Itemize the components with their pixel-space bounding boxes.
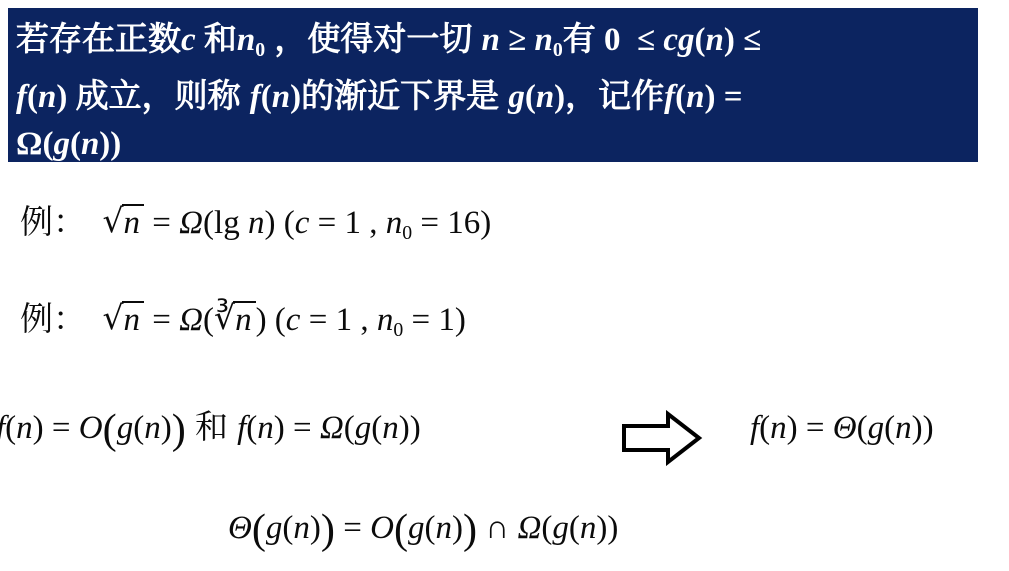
formula-segment: n — [257, 410, 274, 446]
formula-segment: Θ — [228, 510, 252, 546]
formula-segment: n — [377, 302, 394, 338]
formula-segment: Ω — [517, 510, 541, 546]
formula-segment: ( — [252, 506, 266, 553]
formula-segment: n — [38, 79, 56, 115]
formula-segment: ( — [425, 510, 436, 546]
formula-segment: )) — [99, 126, 121, 162]
formula-segment: n — [272, 79, 290, 115]
example-2-formula: 例： √n = Ω(∛n) (c = 1 , n0 = 1) — [20, 298, 466, 343]
formula-segment: ( — [203, 302, 214, 338]
formula-segment: ) — [452, 510, 463, 546]
formula-segment: 0 ≤ — [596, 22, 664, 58]
formula-segment: n — [81, 126, 99, 162]
formula-segment: n — [706, 22, 724, 58]
formula-segment: ( — [759, 410, 770, 446]
formula-segment: ) — [310, 510, 321, 546]
formula-segment: c — [295, 205, 310, 241]
formula-segment: n — [770, 410, 787, 446]
formula-segment: )) — [399, 410, 421, 446]
formula-segment: ) ( — [256, 302, 286, 338]
formula-segment: ) ≤ — [724, 22, 761, 58]
formula-segment: ) — [172, 406, 186, 453]
implies-right-block-arrow-icon — [621, 410, 703, 466]
definition-header-box: 若存在正数c 和n0 ，使得对一切 n ≥ n0有 0 ≤ cg(n) ≤ f(… — [8, 8, 978, 162]
formula-segment: n — [144, 410, 161, 446]
formula-segment: ) — [161, 410, 172, 446]
formula-segment: ( — [344, 410, 355, 446]
formula-segment: 和 — [204, 20, 237, 57]
formula-segment: f — [664, 79, 675, 115]
implication-right-formula: f(n) = Θ(g(n)) — [750, 406, 934, 449]
formula-segment: ) = — [787, 410, 833, 446]
formula-segment: g — [868, 410, 885, 446]
formula-segment: ( — [103, 406, 117, 453]
formula-segment: ( — [133, 410, 144, 446]
formula-segment: 若存在正数 — [16, 20, 181, 57]
formula-segment: ∛ — [214, 298, 235, 337]
formula-segment: ( — [695, 22, 706, 58]
formula-segment: ( — [27, 79, 38, 115]
formula-segment: n — [16, 410, 33, 446]
formula-segment: ≥ — [500, 22, 535, 58]
formula-segment: n — [534, 22, 552, 58]
formula-segment: ( — [857, 410, 868, 446]
formula-segment: 有 — [563, 20, 596, 57]
formula-segment: f — [250, 79, 261, 115]
formula-segment: c — [181, 22, 196, 58]
formula-segment: Ω — [320, 410, 344, 446]
formula-segment: n — [248, 205, 265, 241]
formula-segment: Ω — [179, 302, 203, 338]
formula-segment: ( — [525, 79, 536, 115]
formula-segment: ( — [261, 79, 272, 115]
formula-segment: ) — [56, 79, 75, 115]
formula-segment: ( — [42, 126, 53, 162]
formula-segment: g — [117, 410, 134, 446]
slide-canvas: 若存在正数c 和n0 ，使得对一切 n ≥ n0有 0 ≤ cg(n) ≤ f(… — [0, 0, 1009, 571]
formula-segment: )) — [912, 410, 934, 446]
formula-segment: Ω — [179, 205, 203, 241]
formula-segment: n — [122, 204, 145, 241]
formula-segment: ( — [203, 205, 214, 241]
formula-segment: n — [233, 301, 256, 338]
formula-segment: = — [335, 510, 370, 546]
formula-segment: n — [436, 510, 453, 546]
formula-segment: f — [750, 410, 759, 446]
formula-segment: )) — [596, 510, 618, 546]
formula-segment: 0 — [402, 222, 412, 244]
formula-segment: ) = — [705, 79, 743, 115]
formula-segment: g — [266, 510, 283, 546]
formula-segment: ( — [394, 506, 408, 553]
formula-segment: ∩ — [477, 510, 517, 546]
formula-segment: Ω — [16, 126, 42, 162]
formula-segment: = — [144, 205, 179, 241]
formula-segment: ) — [290, 79, 301, 115]
formula-segment: g — [408, 510, 425, 546]
formula-segment: n — [895, 410, 912, 446]
formula-segment — [86, 205, 103, 241]
formula-segment: = 1) — [403, 302, 466, 338]
formula-segment: c — [286, 302, 301, 338]
formula-segment: ) = — [33, 410, 79, 446]
formula-segment: f — [237, 410, 246, 446]
formula-segment: ( — [569, 510, 580, 546]
formula-segment: n — [536, 79, 554, 115]
formula-segment: ( — [246, 410, 257, 446]
example-1-formula: 例： √n = Ω(lg n) (c = 1 , n0 = 16) — [20, 201, 491, 246]
formula-segment: 和 — [186, 408, 237, 445]
formula-segment: cg — [663, 22, 694, 58]
formula-segment: n — [293, 510, 310, 546]
formula-segment: ( — [541, 510, 552, 546]
formula-segment: ( — [371, 410, 382, 446]
formula-segment: O — [370, 510, 394, 546]
formula-segment: g — [508, 79, 525, 115]
formula-segment: 0 — [393, 319, 403, 341]
formula-segment: = 1 , — [309, 205, 385, 241]
formula-segment: ( — [282, 510, 293, 546]
formula-segment: ，记作 — [565, 77, 664, 114]
formula-segment: 0 — [255, 39, 265, 61]
formula-segment: 例： — [20, 300, 86, 337]
formula-segment: n — [686, 79, 704, 115]
formula-segment: g — [355, 410, 372, 446]
formula-segment: = 16) — [412, 205, 491, 241]
formula-segment: ( — [5, 410, 16, 446]
formula-segment: 使得对一切 — [307, 20, 481, 57]
formula-segment: ( — [675, 79, 686, 115]
formula-segment: lg — [214, 205, 248, 241]
formula-segment: 0 — [553, 39, 563, 61]
definition-line-3: Ω(g(n)) — [16, 120, 968, 167]
formula-segment: 成立，则称 — [76, 77, 250, 114]
definition-line-1: 若存在正数c 和n0 ，使得对一切 n ≥ n0有 0 ≤ cg(n) ≤ — [16, 16, 968, 73]
implication-left-formula: f(n) = O(g(n)) 和 f(n) = Ω(g(n)) — [0, 406, 421, 449]
formula-segment: n — [237, 22, 255, 58]
formula-segment: ) — [321, 506, 335, 553]
formula-segment: O — [79, 410, 103, 446]
formula-segment: ) — [554, 79, 565, 115]
formula-segment: n — [122, 301, 145, 338]
theta-intersection-formula: Θ(g(n)) = O(g(n)) ∩ Ω(g(n)) — [228, 506, 618, 549]
formula-segment: = — [144, 302, 179, 338]
formula-segment: n — [386, 205, 403, 241]
formula-segment: ( — [884, 410, 895, 446]
formula-segment — [86, 302, 103, 338]
formula-segment: n — [482, 22, 500, 58]
formula-segment: f — [16, 79, 27, 115]
formula-segment: n — [580, 510, 597, 546]
formula-segment — [196, 22, 204, 58]
formula-segment: √ — [103, 201, 124, 240]
formula-segment: g — [552, 510, 569, 546]
formula-segment: ( — [70, 126, 81, 162]
formula-segment: g — [53, 126, 70, 162]
formula-segment: √ — [103, 298, 124, 337]
formula-segment: ) — [463, 506, 477, 553]
formula-segment: = 1 , — [300, 302, 376, 338]
formula-segment: ) ( — [264, 205, 294, 241]
formula-segment: Θ — [833, 410, 857, 446]
formula-segment: 例： — [20, 203, 86, 240]
formula-segment: ， — [265, 20, 307, 57]
formula-segment: n — [382, 410, 399, 446]
definition-line-2: f(n) 成立，则称 f(n)的渐近下界是 g(n)，记作f(n) = — [16, 73, 968, 120]
formula-segment: ) = — [274, 410, 320, 446]
formula-segment: 的渐近下界是 — [301, 77, 508, 114]
